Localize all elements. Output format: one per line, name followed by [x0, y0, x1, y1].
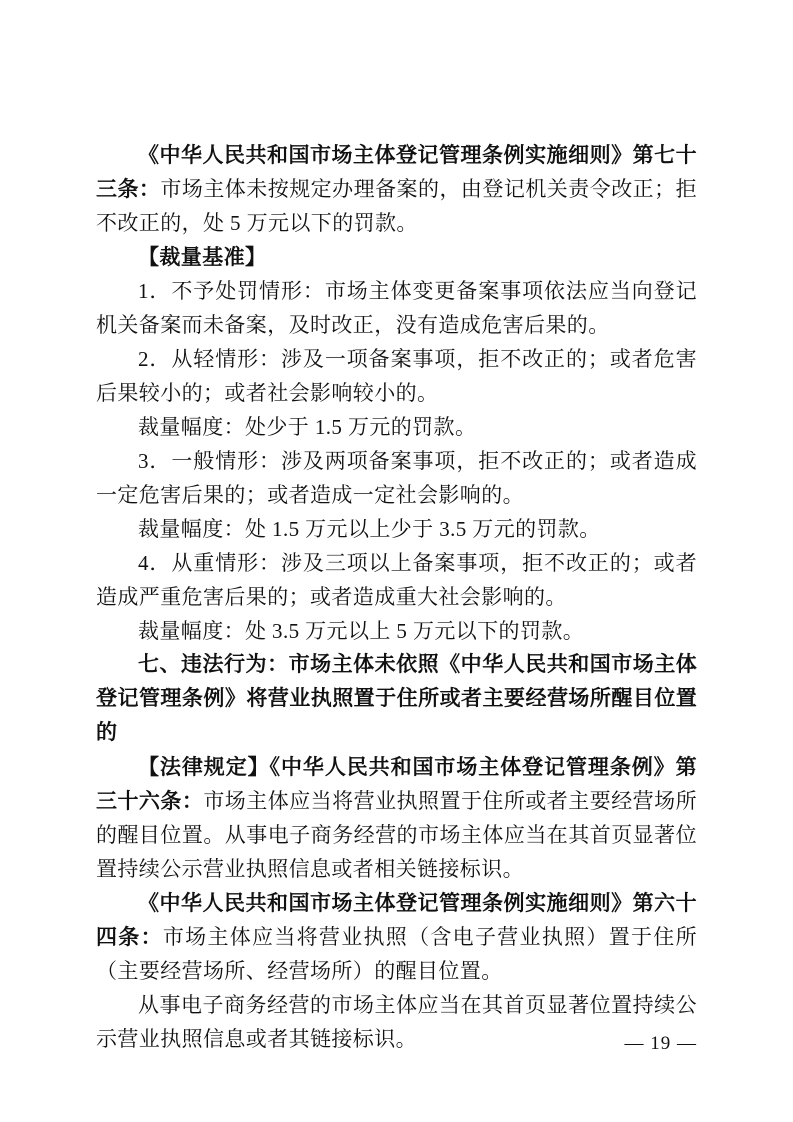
bold-text-run: 【裁量基准】 [138, 245, 266, 269]
para-item-4-range: 裁量幅度：处 3.5 万元以上 5 万元以下的罚款。 [96, 614, 697, 648]
para-item-2-lenient: 2．从轻情形：涉及一项备案事项，拒不改正的；或者危害后果较小的；或者社会影响较小… [96, 342, 697, 410]
para-item-3-general: 3．一般情形：涉及两项备案事项，拒不改正的；或者造成一定危害后果的；或者造成一定… [96, 444, 697, 512]
para-item-4-severe: 4．从重情形：涉及三项以上备案事项，拒不改正的；或者造成严重危害后果的；或者造成… [96, 546, 697, 614]
para-rule-article-64: 《中华人民共和国市场主体登记管理条例实施细则》第六十四条：市场主体应当将营业执照… [96, 886, 697, 988]
document-page: 《中华人民共和国市场主体登记管理条例实施细则》第七十三条：市场主体未按规定办理备… [0, 0, 793, 1122]
para-item-2-range: 裁量幅度：处少于 1.5 万元的罚款。 [96, 410, 697, 444]
text-run: 裁量幅度：处 3.5 万元以上 5 万元以下的罚款。 [138, 619, 584, 643]
text-run: 裁量幅度：处少于 1.5 万元的罚款。 [138, 415, 476, 439]
para-ecommerce-display: 从事电子商务经营的市场主体应当在其首页显著位置持续公示营业执照信息或者其链接标识… [96, 988, 697, 1056]
para-discretion-standard-heading: 【裁量基准】 [96, 240, 697, 274]
text-run: 市场主体未按规定办理备案的，由登记机关责令改正；拒不改正的，处 5 万元以下的罚… [96, 177, 697, 235]
page-number-text: — 19 — [625, 1033, 698, 1054]
bold-text-run: 七、违法行为：市场主体未依照《中华人民共和国市场主体登记管理条例》将营业执照置于… [96, 653, 697, 744]
text-run: 3．一般情形：涉及两项备案事项，拒不改正的；或者造成一定危害后果的；或者造成一定… [96, 449, 697, 507]
para-item-1-no-penalty: 1．不予处罚情形：市场主体变更备案事项依法应当向登记机关备案而未备案，及时改正，… [96, 274, 697, 342]
para-item-3-range: 裁量幅度：处 1.5 万元以上少于 3.5 万元的罚款。 [96, 512, 697, 546]
document-body: 《中华人民共和国市场主体登记管理条例实施细则》第七十三条：市场主体未按规定办理备… [96, 138, 697, 1056]
text-run: 裁量幅度：处 1.5 万元以上少于 3.5 万元的罚款。 [138, 517, 601, 541]
page-number: — 19 — [625, 1032, 698, 1056]
text-run: 1．不予处罚情形：市场主体变更备案事项依法应当向登记机关备案而未备案，及时改正，… [96, 279, 697, 337]
para-legal-basis-article-36: 【法律规定】《中华人民共和国市场主体登记管理条例》第三十六条：市场主体应当将营业… [96, 750, 697, 886]
text-run: 2．从轻情形：涉及一项备案事项，拒不改正的；或者危害后果较小的；或者社会影响较小… [96, 347, 697, 405]
text-run: 从事电子商务经营的市场主体应当在其首页显著位置持续公示营业执照信息或者其链接标识… [96, 993, 697, 1051]
para-rule-article-73: 《中华人民共和国市场主体登记管理条例实施细则》第七十三条：市场主体未按规定办理备… [96, 138, 697, 240]
para-violation-7-heading: 七、违法行为：市场主体未依照《中华人民共和国市场主体登记管理条例》将营业执照置于… [96, 648, 697, 750]
text-run: 4．从重情形：涉及三项以上备案事项，拒不改正的；或者造成严重危害后果的；或者造成… [96, 551, 697, 609]
text-run: 市场主体应当将营业执照（含电子营业执照）置于住所（主要经营场所、经营场所）的醒目… [96, 925, 697, 983]
